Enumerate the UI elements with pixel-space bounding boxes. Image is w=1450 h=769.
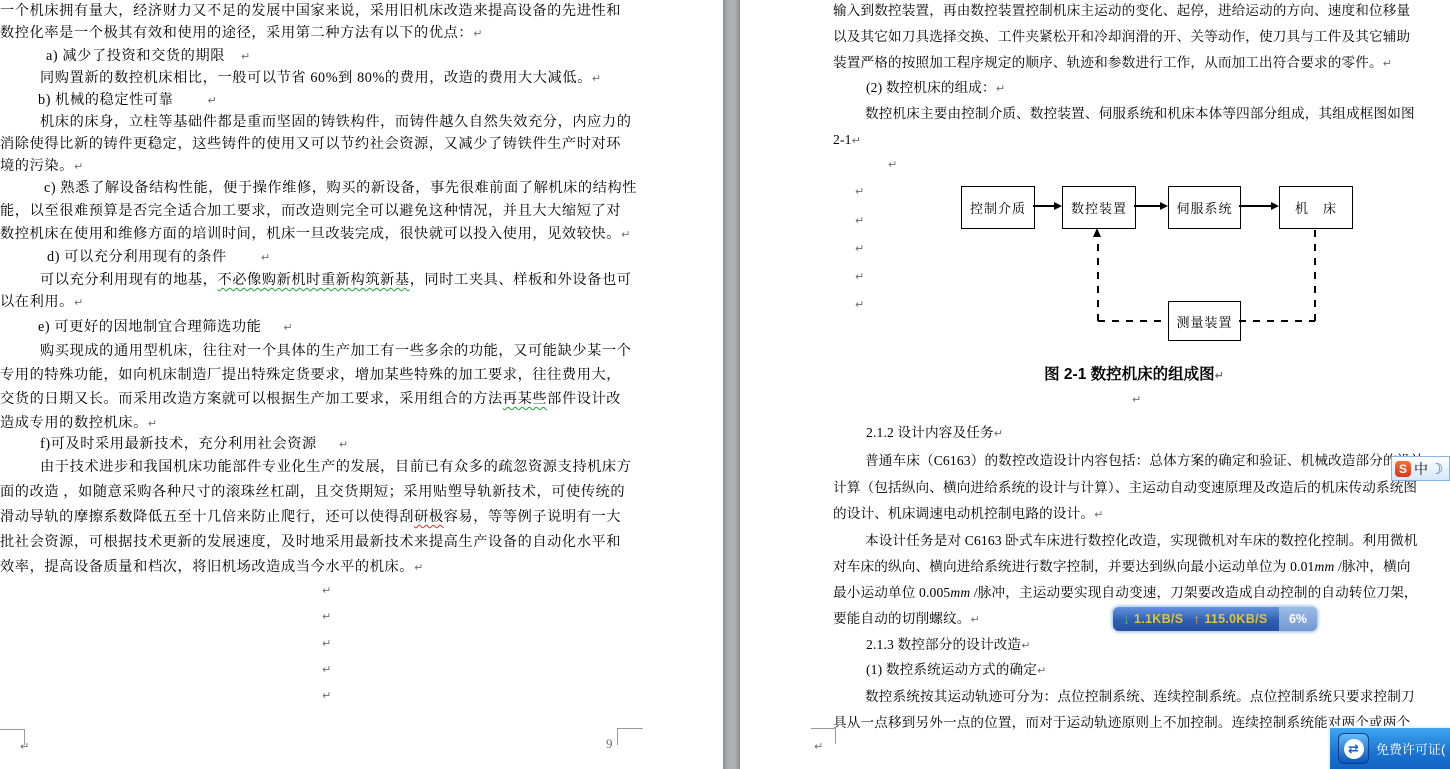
- download-arrow-icon: ↓: [1123, 611, 1130, 627]
- crescent-moon-icon[interactable]: ☽: [1430, 460, 1443, 478]
- text-run: 能，以至很难预算是否完全适合加工要求，而改造则完全可以避免这种情况，并且大大缩短…: [0, 203, 621, 219]
- ime-status-bar[interactable]: S 中 ☽: [1391, 456, 1450, 481]
- text-run: 效率，提高设备质量和档次，将旧机场改造成当今水平的机床。: [0, 559, 414, 575]
- dashed-connector: [1314, 227, 1316, 321]
- pilcrow-mark: ↵: [473, 27, 483, 40]
- text-run: 装置严格的按照加工程序规定的顺序、轨迹和参数进行工作，从而加工出符合要求的零件。: [833, 55, 1383, 70]
- text-run: 本设计任务是对 C6163 卧式车床进行数控化改造，实现微机对车床的数控化控制。…: [865, 533, 1418, 548]
- progress-percent-badge: 6%: [1279, 607, 1317, 631]
- figure-caption: 图 2-1 数控机床的组成图↵: [1044, 362, 1224, 384]
- text-line: 滑动导轨的摩擦系数降低五至十几倍来防止爬行，还可以使得刮研极容易，等等例子说明有…: [0, 508, 621, 526]
- text-line: 具从一点移到另外一点的位置，而对于运动轨迹原则上不加控制。连续控制系统能对两个或…: [833, 714, 1410, 732]
- page-gap-divider: [723, 0, 740, 769]
- text-boundary-mark: [617, 728, 618, 745]
- text-boundary-mark: [811, 728, 836, 729]
- text-run: d) 可以充分利用现有的条件: [47, 249, 227, 265]
- diagram-box: 数控装置: [1062, 186, 1136, 229]
- text-boundary-mark: [835, 728, 836, 744]
- pilcrow-mark: ↵: [855, 185, 864, 198]
- pilcrow-mark: ↵: [814, 740, 823, 753]
- text-run: 部件设计改: [547, 391, 621, 407]
- text-line: c) 熟悉了解设备结构性能，便于操作维修，购买的新设备，事先很难前面了解机床的结…: [44, 179, 637, 197]
- text-line: e) 可更好的因地制宜合理筛选功能↵: [38, 318, 293, 337]
- text-run: c) 熟悉了解设备结构性能，便于操作维修，购买的新设备，事先很难前面了解机床的结…: [44, 180, 637, 196]
- pilcrow-mark: ↵: [74, 296, 84, 309]
- text-line: 普通车床（C6163）的数控改造设计内容包括：总体方案的确定和验证、机械改造部分…: [865, 452, 1424, 470]
- sogou-logo-icon[interactable]: S: [1395, 461, 1411, 477]
- text-run: 造成专用的数控机床。: [0, 415, 148, 431]
- text-run: 研极: [414, 509, 444, 525]
- text-run: 最小运动单位 0.005: [833, 585, 950, 600]
- text-boundary-mark: [0, 729, 25, 730]
- pilcrow-mark: ↵: [1215, 369, 1224, 382]
- pilcrow-mark: ↵: [996, 82, 1005, 95]
- double-arrow-icon: ⇄: [1344, 739, 1364, 759]
- pilcrow-mark: ↵: [1037, 664, 1046, 677]
- text-line: 批社会资源，可根据技术更新的发展速度，及时地采用最新技术来提高生产设备的自动化水…: [0, 533, 621, 551]
- pilcrow-mark: ↵: [592, 72, 602, 85]
- text-run: 由于技术进步和我国机床功能部件专业化生产的发展，目前已有众多的疏忽资源支持机床方: [40, 459, 632, 475]
- text-line: 可以充分利用现有的地基，不必像购新机时重新构筑新基，同时工夹具、样板和外设备也可: [40, 271, 632, 289]
- text-line: 以及其它如刀具选择交换、工件夹紧松开和冷却润滑的开、关等动作，使刀具与工件及其它…: [833, 28, 1410, 46]
- text-run: 再某些: [503, 391, 547, 407]
- text-run: 2.1.2 设计内容及任务: [866, 425, 994, 440]
- pilcrow-mark: ↵: [322, 689, 331, 702]
- flow-arrow-line: [1239, 205, 1271, 207]
- diagram-box: 测量装置: [1168, 301, 1241, 341]
- text-run: 的设计、机床调速电动机控制电路的设计。: [833, 506, 1094, 521]
- text-line: 计算（包括纵向、横向进给系统的设计与计算）、主运动自动变速原理及改造后的机床传动…: [833, 479, 1417, 497]
- text-run: 机床的床身，立柱等基础件都是重而坚固的铸铁构件，而铸件越久自然失效充分，内应力的: [40, 114, 632, 130]
- pilcrow-mark: ↵: [322, 610, 331, 623]
- text-line: (2) 数控机床的组成：↵: [866, 79, 1005, 98]
- pilcrow-mark: ↵: [855, 270, 864, 283]
- dashed-connector: [1239, 320, 1315, 322]
- text-line: 数控机床主要由控制介质、数控装置、伺服系统和机床本体等四部分组成，其组成框图如图: [865, 105, 1415, 123]
- text-run: f)可及时采用最新技术，充分利用社会资源: [40, 436, 317, 452]
- text-boundary-mark: [617, 728, 643, 729]
- text-line: 以在利用。↵: [0, 293, 84, 312]
- text-run: 以在利用。: [0, 294, 74, 310]
- teamviewer-logo-icon: ⇄: [1338, 733, 1369, 764]
- pilcrow-mark: ↵: [1094, 508, 1103, 521]
- text-line: 输入到数控装置，再由数控装置控制机床主运动的变化、起停，进给运动的方向、速度和位…: [833, 2, 1410, 20]
- text-line: 2.1.3 数控部分的设计改造↵: [866, 636, 1031, 655]
- text-run: 输入到数控装置，再由数控装置控制机床主运动的变化、起停，进给运动的方向、速度和位…: [833, 3, 1410, 18]
- pilcrow-mark: ↵: [283, 321, 293, 334]
- text-line: 2-1↵: [833, 131, 861, 150]
- text-run: /脉冲，主运动要实现自动变速，刀架要改造成自动控制的自动转位刀架，: [970, 585, 1417, 600]
- flow-arrow-head: [1271, 202, 1279, 210]
- text-run: 专用的特殊功能，如向机床制造厂提出特殊定货要求，增加某些特殊的加工要求，往往费用…: [0, 367, 621, 383]
- pilcrow-mark: ↵: [322, 663, 331, 676]
- pilcrow-mark: ↵: [855, 214, 864, 227]
- flow-arrow-line: [1033, 205, 1054, 207]
- teamviewer-license-popup[interactable]: ⇄ 免费许可证(: [1328, 726, 1450, 769]
- text-run: (1) 数控系统运动方式的确定: [866, 662, 1037, 677]
- dashed-connector: [1097, 237, 1099, 321]
- text-run: 数控系统按其运动轨迹可分为：点位控制系统、连续控制系统。点位控制系统只要求控制刀: [865, 689, 1415, 704]
- pilcrow-mark: ↵: [148, 417, 158, 430]
- pilcrow-mark: ↵: [322, 637, 331, 650]
- text-line: 效率，提高设备质量和档次，将旧机场改造成当今水平的机床。↵: [0, 558, 424, 577]
- pilcrow-mark: ↵: [1132, 393, 1141, 406]
- text-run: 境的污染。: [0, 158, 74, 174]
- text-boundary-mark: [24, 729, 25, 745]
- upload-arrow-icon: ↑: [1193, 611, 1200, 627]
- pilcrow-mark: ↵: [322, 584, 331, 597]
- text-run: 容易，等等例子说明有一大: [444, 509, 621, 525]
- text-run: 购买现成的通用型机床，往往对一个具体的生产加工有一些多余的功能，又可能缺少某一个: [40, 343, 632, 359]
- text-line: 面的改造 ，如随意采购各种尺寸的滚珠丝杠副，且交货期短；采用贴塑导轨新技术，可使…: [0, 483, 625, 501]
- text-line: a) 减少了投资和交货的期限↵: [46, 47, 251, 66]
- text-run: 数控机床在使用和维修方面的培训时间，机床一旦改装完成，很快就可以投入使用，见效较…: [0, 226, 621, 242]
- pilcrow-mark: ↵: [414, 561, 424, 574]
- text-run: mm: [950, 585, 970, 600]
- text-line: 的设计、机床调速电动机控制电路的设计。↵: [833, 505, 1104, 524]
- text-line: 数控化率是一个极其有效和使用的途径，采用第二种方法有以下的优点：↵: [0, 24, 483, 43]
- ime-language-mode[interactable]: 中: [1414, 459, 1428, 479]
- pilcrow-mark: ↵: [888, 158, 897, 171]
- pilcrow-mark: ↵: [339, 438, 349, 451]
- text-line: 要能自动的切削螺纹。↵: [833, 610, 980, 629]
- pilcrow-mark: ↵: [852, 134, 861, 147]
- text-run: 一个机床拥有量大，经济财力又不足的发展中国家来说，采用旧机床改造来提高设备的先进…: [0, 3, 621, 19]
- text-line: (1) 数控系统运动方式的确定↵: [866, 661, 1046, 680]
- network-speed-widget[interactable]: ↓ 1.1KB/S ↑ 115.0KB/S 6%: [1112, 606, 1318, 632]
- text-run: mm: [1314, 559, 1334, 574]
- dashed-connector: [1098, 320, 1168, 322]
- text-line: 数控系统按其运动轨迹可分为：点位控制系统、连续控制系统。点位控制系统只要求控制刀: [865, 688, 1415, 706]
- diagram-box: 机 床: [1279, 186, 1353, 229]
- feedback-arrow-head: [1093, 228, 1101, 237]
- pilcrow-mark: ↵: [241, 50, 251, 63]
- text-line: 造成专用的数控机床。↵: [0, 414, 158, 433]
- teamviewer-popup-label: 免费许可证(: [1376, 739, 1445, 758]
- text-run: 2-1: [833, 132, 852, 147]
- text-run: /脉冲，横向: [1334, 559, 1410, 574]
- pilcrow-mark: ↵: [1383, 57, 1392, 70]
- flow-arrow-head: [1054, 202, 1062, 210]
- page-number: 9: [606, 736, 613, 752]
- text-line: 数控机床在使用和维修方面的培训时间，机床一旦改装完成，很快就可以投入使用，见效较…: [0, 225, 631, 244]
- text-line: 专用的特殊功能，如向机床制造厂提出特殊定货要求，增加某些特殊的加工要求，往往费用…: [0, 366, 621, 384]
- text-run: 普通车床（C6163）的数控改造设计内容包括：总体方案的确定和验证、机械改造部分…: [865, 453, 1424, 468]
- download-speed-value: 1.1KB/S: [1134, 612, 1183, 626]
- text-run: 计算（包括纵向、横向进给系统的设计与计算）、主运动自动变速原理及改造后的机床传动…: [833, 480, 1417, 495]
- pilcrow-mark: ↵: [74, 160, 84, 173]
- text-line: 由于技术进步和我国机床功能部件专业化生产的发展，目前已有众多的疏忽资源支持机床方: [40, 458, 632, 476]
- text-run: 可以充分利用现有的地基，: [40, 272, 217, 288]
- upload-speed-value: 115.0KB/S: [1204, 612, 1267, 626]
- text-line: 一个机床拥有量大，经济财力又不足的发展中国家来说，采用旧机床改造来提高设备的先进…: [0, 2, 621, 20]
- text-run: a) 减少了投资和交货的期限: [46, 48, 225, 64]
- pilcrow-mark: ↵: [1021, 639, 1030, 652]
- text-run: 滑动导轨的摩擦系数降低五至十几倍来防止爬行，还可以使得刮: [0, 509, 414, 525]
- text-line: d) 可以充分利用现有的条件↵: [47, 248, 271, 267]
- text-line: 对车床的纵向、横向进给系统进行数字控制，并要达到纵向最小运动单位为 0.01mm…: [833, 558, 1411, 576]
- pilcrow-mark: ↵: [855, 242, 864, 255]
- text-line: 本设计任务是对 C6163 卧式车床进行数控化改造，实现微机对车床的数控化控制。…: [865, 532, 1418, 550]
- text-run: e) 可更好的因地制宜合理筛选功能: [38, 319, 261, 335]
- text-run: 数控化率是一个极其有效和使用的途径，采用第二种方法有以下的优点：: [0, 25, 473, 41]
- pilcrow-mark: ↵: [621, 228, 631, 241]
- text-line: 装置严格的按照加工程序规定的顺序、轨迹和参数进行工作，从而加工出符合要求的零件。…: [833, 54, 1392, 73]
- text-line: b) 机械的稳定性可靠↵: [38, 91, 217, 110]
- text-run: 2.1.3 数控部分的设计改造: [866, 637, 1021, 652]
- text-run: 批社会资源，可根据技术更新的发展速度，及时地采用最新技术来提高生产设备的自动化水…: [0, 534, 621, 550]
- pilcrow-mark: ↵: [994, 427, 1003, 440]
- text-run: 不必像购新机时重新构筑新基: [217, 272, 409, 288]
- text-run: 具从一点移到另外一点的位置，而对于运动轨迹原则上不加控制。连续控制系统能对两个或…: [833, 715, 1410, 730]
- text-run: b) 机械的稳定性可靠: [38, 92, 173, 108]
- pilcrow-mark: ↵: [261, 251, 271, 264]
- text-line: 同购置新的数控机床相比，一般可以节省 60%到 80%的费用，改造的费用大大减低…: [40, 69, 602, 88]
- text-line: 最小运动单位 0.005mm /脉冲，主运动要实现自动变速，刀架要改造成自动控制…: [833, 584, 1418, 602]
- text-run: 交货的日期又长。而采用改造方案就可以根据生产加工要求，采用组合的方法: [0, 391, 503, 407]
- text-run: 数控机床主要由控制介质、数控装置、伺服系统和机床本体等四部分组成，其组成框图如图: [865, 106, 1415, 121]
- text-line: 机床的床身，立柱等基础件都是重而坚固的铸铁构件，而铸件越久自然失效充分，内应力的: [40, 113, 632, 131]
- text-run: (2) 数控机床的组成：: [866, 80, 996, 95]
- document-viewer: { "glyphs": {"pilcrow":"↵","down_arrow":…: [0, 0, 1450, 769]
- text-line: 境的污染。↵: [0, 157, 84, 176]
- text-run: 以及其它如刀具选择交换、工件夹紧松开和冷却润滑的开、关等动作，使刀具与工件及其它…: [833, 29, 1410, 44]
- flow-arrow-line: [1134, 205, 1160, 207]
- text-run: 要能自动的切削螺纹。: [833, 611, 970, 626]
- pilcrow-mark: ↵: [855, 298, 864, 311]
- text-run: 消除使得比新的铸件更稳定，这些铸件的使用又可以节约社会资源，又减少了铸铁件生产时…: [0, 136, 621, 152]
- text-line: 消除使得比新的铸件更稳定，这些铸件的使用又可以节约社会资源，又减少了铸铁件生产时…: [0, 135, 621, 153]
- flow-arrow-head: [1160, 202, 1168, 210]
- text-run: ，同时工夹具、样板和外设备也可: [410, 272, 632, 288]
- text-run: 同购置新的数控机床相比，一般可以节省 60%到 80%的费用，改造的费用大大减低…: [40, 70, 592, 86]
- text-run: 对车床的纵向、横向进给系统进行数字控制，并要达到纵向最小运动单位为 0.01: [833, 559, 1314, 574]
- text-line: 2.1.2 设计内容及任务↵: [866, 424, 1003, 443]
- text-line: f)可及时采用最新技术，充分利用社会资源↵: [40, 435, 349, 454]
- diagram-box: 伺服系统: [1168, 186, 1241, 229]
- text-line: 购买现成的通用型机床，往往对一个具体的生产加工有一些多余的功能，又可能缺少某一个: [40, 342, 632, 360]
- text-line: 能，以至很难预算是否完全适合加工要求，而改造则完全可以避免这种情况，并且大大缩短…: [0, 202, 621, 220]
- pilcrow-mark: ↵: [207, 94, 217, 107]
- text-run: 面的改造 ，如随意采购各种尺寸的滚珠丝杠副，且交货期短；采用贴塑导轨新技术，可使…: [0, 484, 625, 500]
- text-line: 交货的日期又长。而采用改造方案就可以根据生产加工要求，采用组合的方法再某些部件设…: [0, 390, 621, 408]
- diagram-box: 控制介质: [961, 186, 1035, 229]
- pilcrow-mark: ↵: [970, 613, 979, 626]
